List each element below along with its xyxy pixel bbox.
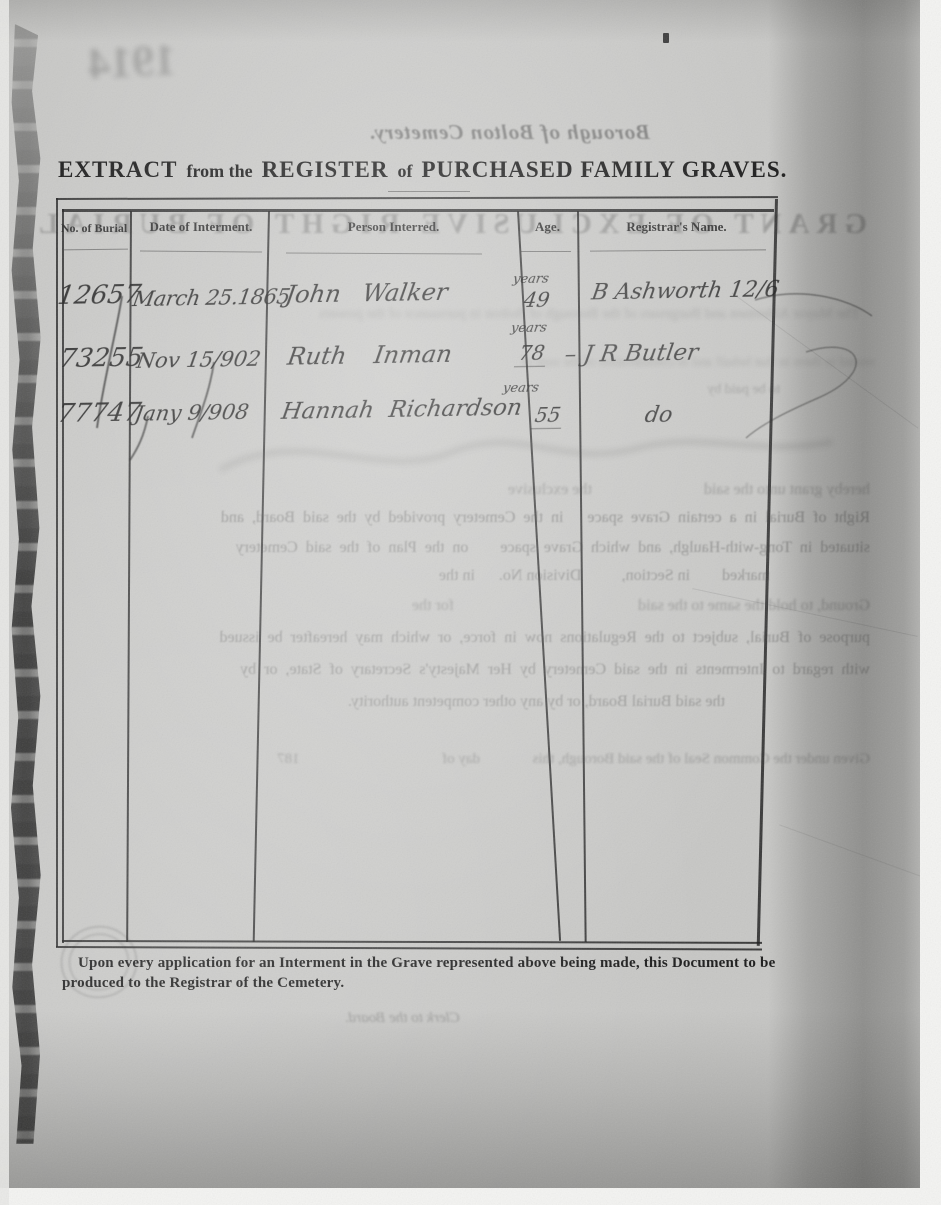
- scan-noise-texture: [0, 0, 941, 1205]
- scanned-document-page: 1914 Borough of Bolton Cemetery. EXTRACT…: [0, 0, 941, 1205]
